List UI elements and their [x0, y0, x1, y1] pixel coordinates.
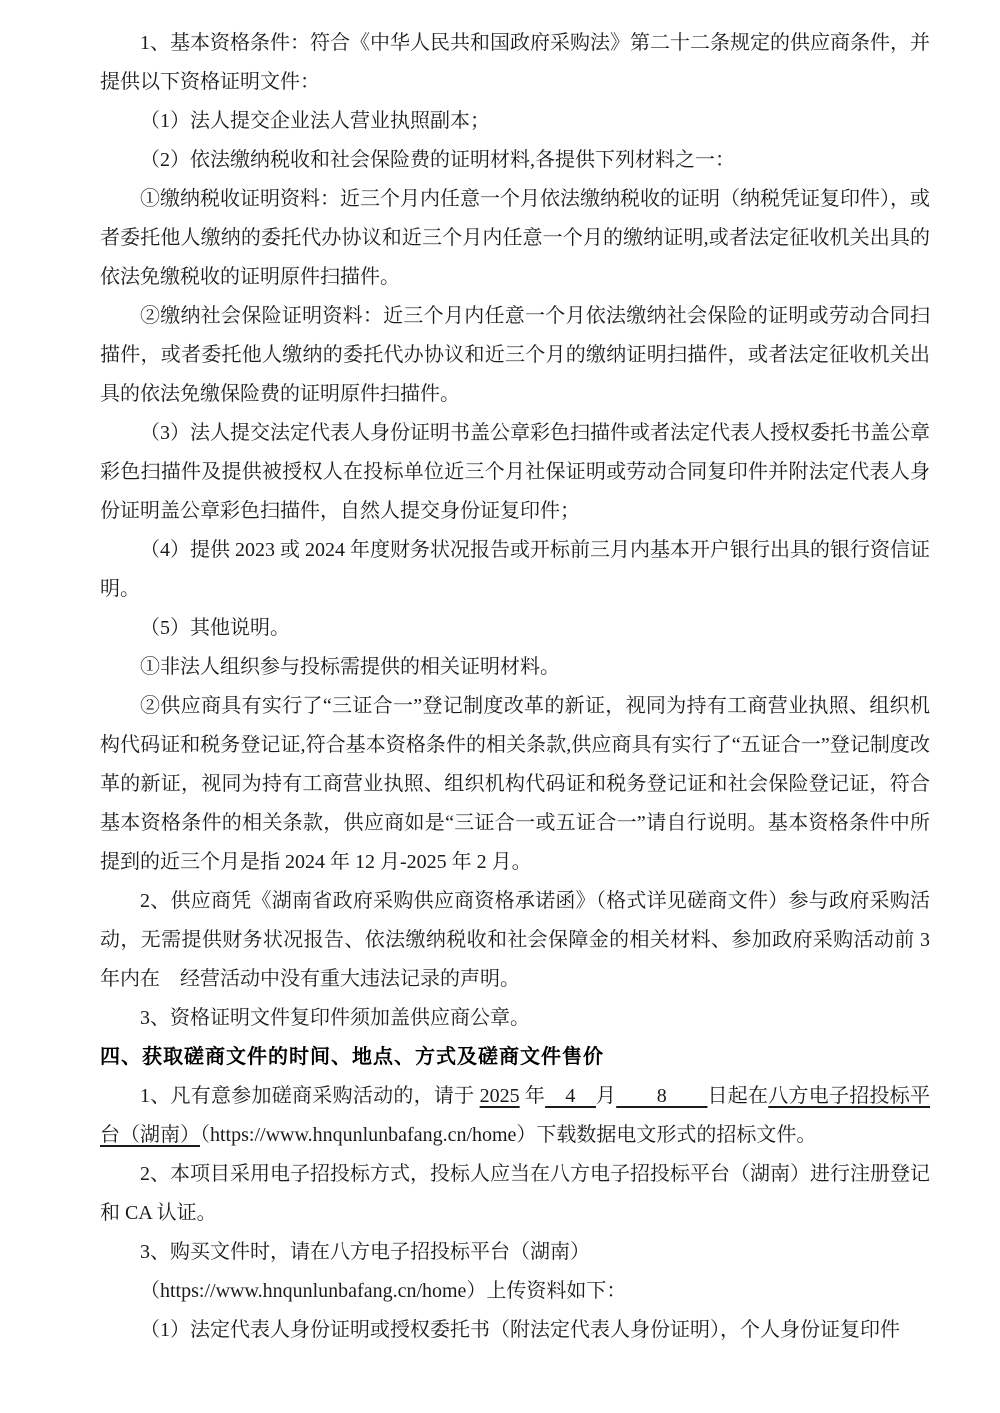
download-year-underlined: 2025 — [480, 1085, 520, 1107]
download-text-year-unit: 年 — [520, 1085, 546, 1107]
paragraph-non-legal-person-materials: ①非法人组织参与投标需提供的相关证明材料。 — [100, 648, 930, 687]
paragraph-combined-certificates: ②供应商具有实行了“三证合一”登记制度改革的新证，视同为持有工商营业执照、组织机… — [100, 687, 930, 882]
download-text-day-unit: 日起在 — [707, 1085, 768, 1107]
download-month-underlined: 4 — [545, 1085, 596, 1107]
paragraph-item-3-legal-rep-id: （3）法人提交法定代表人身份证明书盖公章彩色扫描件或者法定代表人授权委托书盖公章… — [100, 414, 930, 531]
download-text-month-unit: 月 — [596, 1085, 616, 1107]
paragraph-electronic-bidding-registration: 2、本项目采用电子招投标方式，投标人应当在八方电子招投标平台（湖南）进行注册登记… — [100, 1155, 930, 1233]
paragraph-item-5-other-notes: （5）其他说明。 — [100, 609, 930, 648]
document-page: 1、基本资格条件：符合《中华人民共和国政府采购法》第二十二条规定的供应商条件，并… — [0, 0, 1000, 1413]
paragraph-supplier-commitment-letter: 2、供应商凭《湖南省政府采购供应商资格承诺函》（格式详见磋商文件）参与政府采购活… — [100, 882, 930, 999]
download-day-underlined: 8 — [616, 1085, 707, 1107]
paragraph-item-4-financial-report: （4）提供 2023 或 2024 年度财务状况报告或开标前三月内基本开户银行出… — [100, 531, 930, 609]
paragraph-item-2-tax-social-insurance: （2）依法缴纳税收和社会保险费的证明材料,各提供下列材料之一： — [100, 141, 930, 180]
paragraph-copies-stamped: 3、资格证明文件复印件须加盖供应商公章。 — [100, 999, 930, 1038]
download-text-lead: 1、凡有意参加磋商采购活动的，请于 — [140, 1085, 480, 1107]
paragraph-download-instructions: 1、凡有意参加磋商采购活动的，请于 2025 年 4 月 8 日起在八方电子招投… — [100, 1077, 930, 1155]
section-heading-obtain-documents: 四、获取磋商文件的时间、地点、方式及磋商文件售价 — [100, 1038, 930, 1077]
paragraph-upload-materials-url: （https://www.hnqunlunbafang.cn/home）上传资料… — [100, 1272, 930, 1311]
paragraph-item-1-business-license: （1）法人提交企业法人营业执照副本； — [100, 102, 930, 141]
paragraph-social-insurance-proof: ②缴纳社会保险证明资料：近三个月内任意一个月依法缴纳社会保险的证明或劳动合同扫描… — [100, 297, 930, 414]
paragraph-legal-rep-id-upload: （1）法定代表人身份证明或授权委托书（附法定代表人身份证明），个人身份证复印件 — [100, 1311, 930, 1350]
paragraph-purchase-documents: 3、购买文件时，请在八方电子招投标平台（湖南） — [100, 1233, 930, 1272]
download-text-url-tail: （https://www.hnqunlunbafang.cn/home）下载数据… — [200, 1124, 816, 1146]
paragraph-tax-payment-proof: ①缴纳税收证明资料：近三个月内任意一个月依法缴纳税收的证明（纳税凭证复印件），或… — [100, 180, 930, 297]
paragraph-basic-qualification-intro: 1、基本资格条件：符合《中华人民共和国政府采购法》第二十二条规定的供应商条件，并… — [100, 24, 930, 102]
